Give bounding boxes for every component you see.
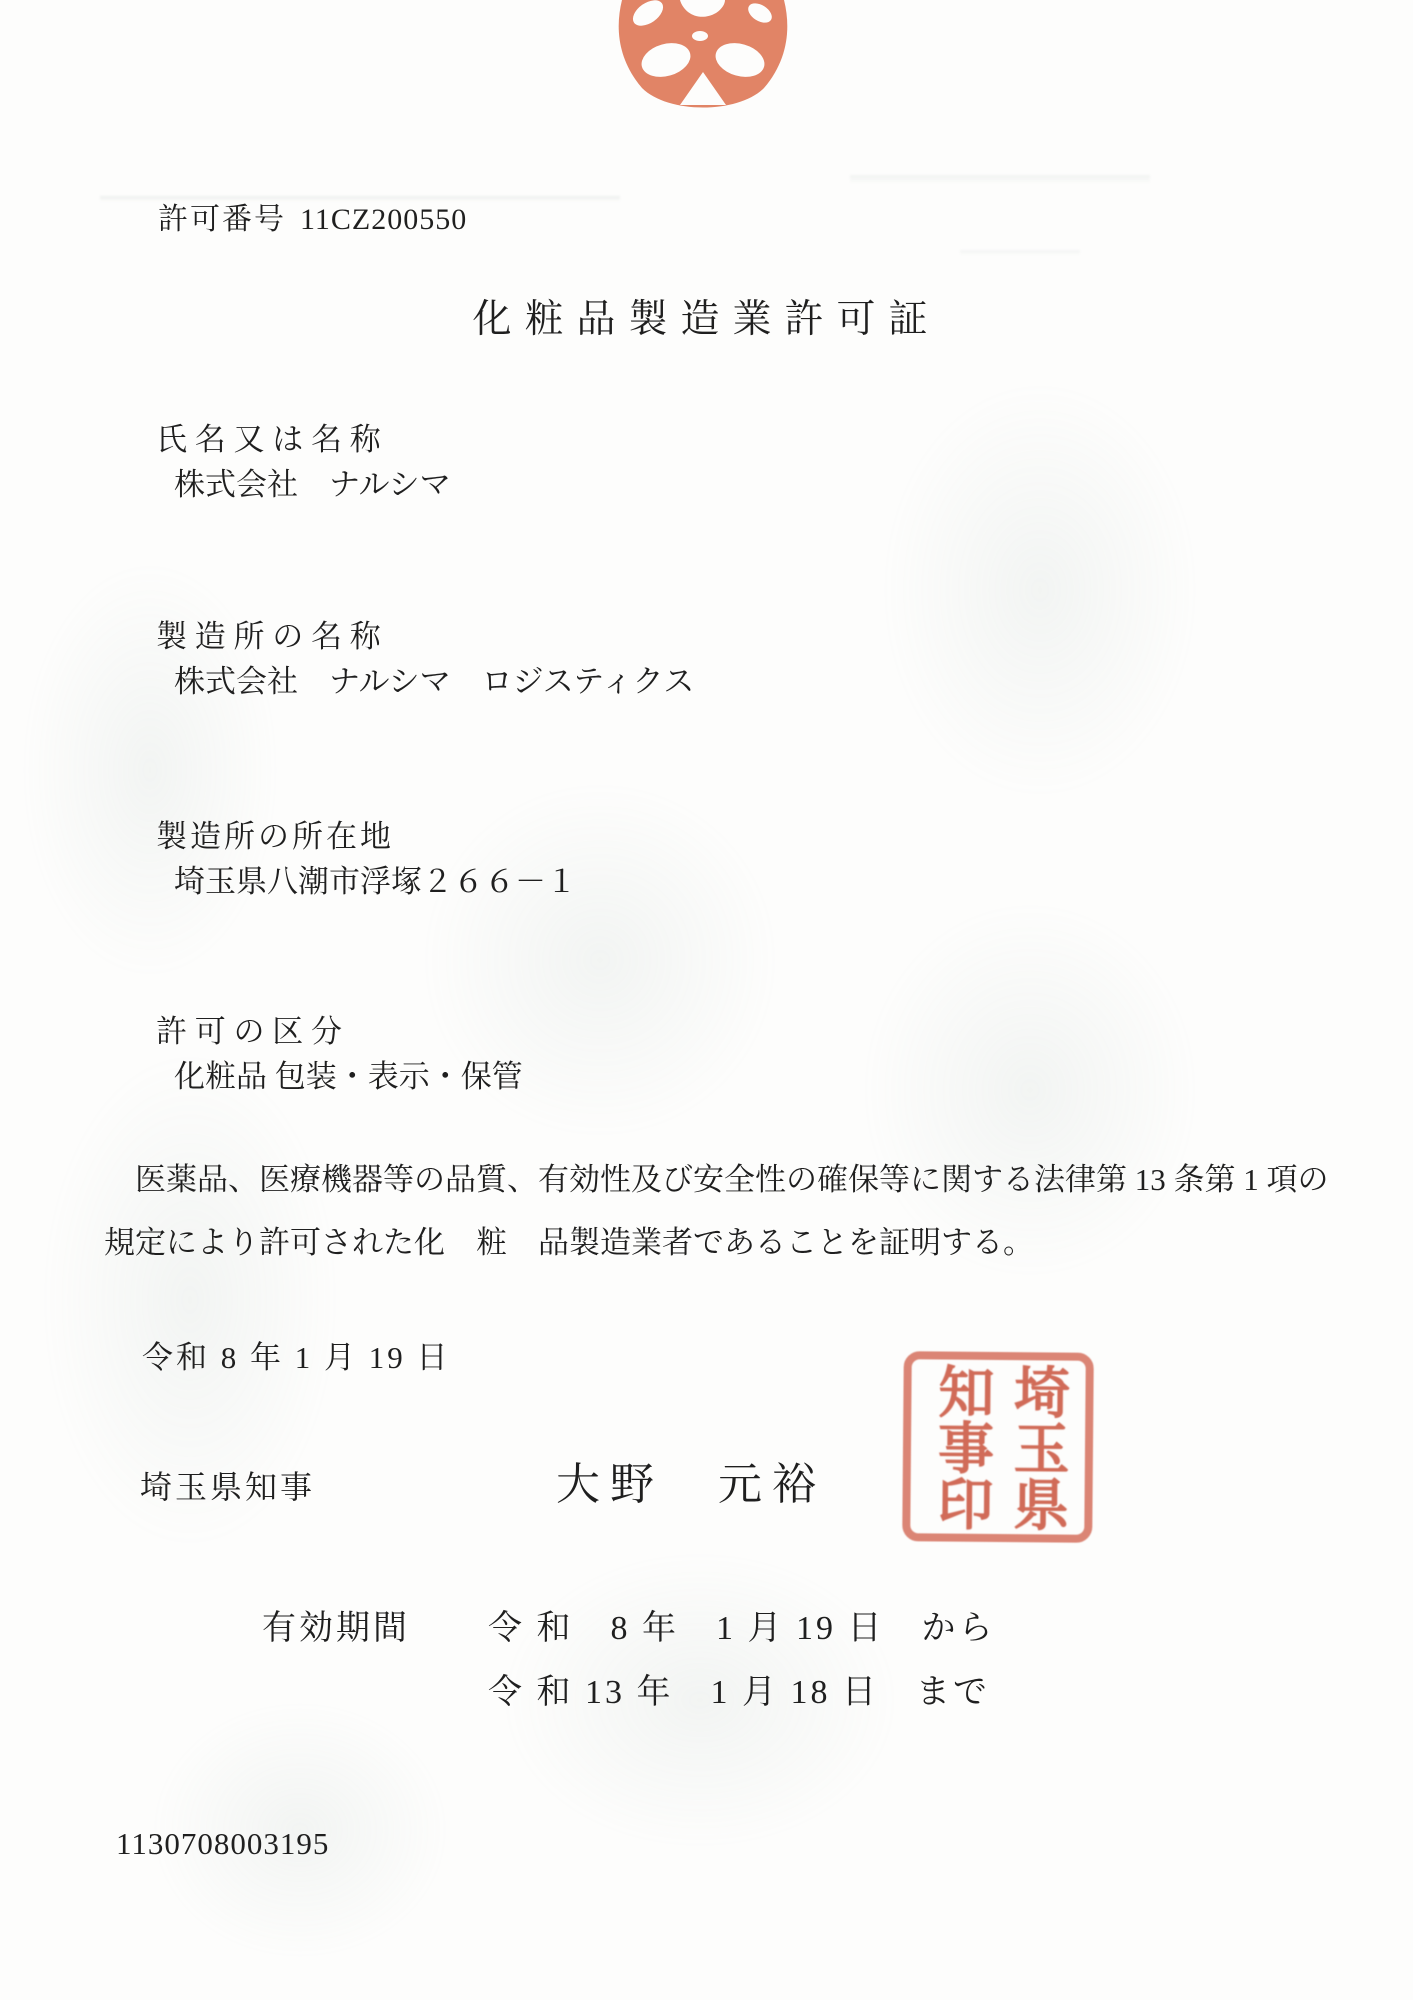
field-row-factory-name: 製 造 所 の 名 称 株式会社 ナルシマ ロジスティクス [140,593,694,719]
validity-label: 有効期間 [262,1600,410,1649]
serial-number: 1130708003195 [116,1826,329,1862]
permit-number-label: 許可番号 [158,203,286,236]
statement-line-2: 規定により許可された化 粧 品製造業者であることを証明する。 [104,1225,1034,1260]
scan-artifact [880,380,1200,800]
validity-to: 令 和 13 年 1 月 18 日 まで [488,1664,990,1713]
scan-streak [960,250,1080,255]
certification-statement: 医薬品、医療機器等の品質、有効性及び安全性の確保等に関する法律第 13 条第 1… [104,1148,1364,1274]
field-row-factory-address: 製造所の所在地 埼玉県八潮市浮塚２６６－１ [140,793,577,919]
field-row-license-category: 許 可 の 区 分 化粧品 包装・表示・保管 [140,988,523,1114]
issuer-title: 埼玉県知事 [140,1462,315,1508]
permit-number-line: 許可番号11CZ200550 [120,160,467,272]
field-label: 製 造 所 の 名 称 [156,611,456,656]
governor-seal-text: 埼玉県知事印 [922,1362,1075,1531]
validity-from: 令 和 8 年 1 月 19 日 から [488,1600,996,1649]
field-label: 製造所の所在地 [156,811,456,856]
field-value: 化粧品 包装・表示・保管 [174,1051,523,1096]
field-value: 株式会社 ナルシマ [174,459,451,504]
permit-number-value: 11CZ200550 [300,203,467,236]
governor-seal-stamp: 埼玉県知事印 [902,1351,1094,1543]
saitama-emblem-stamp [612,0,794,120]
field-label: 氏 名 又 は 名 称 [156,414,456,459]
issuer-name: 大野 元裕 [556,1448,826,1512]
scan-streak [850,175,1150,183]
field-row-name: 氏 名 又 は 名 称 株式会社 ナルシマ [140,396,456,522]
statement-line-1: 医薬品、医療機器等の品質、有効性及び安全性の確保等に関する法律第 13 条第 1… [104,1162,1329,1197]
certificate-page: 許可番号11CZ200550 化粧品製造業許可証 氏 名 又 は 名 称 株式会… [0,0,1413,2000]
field-label: 許 可 の 区 分 [156,1006,456,1051]
field-value: 埼玉県八潮市浮塚２６６－１ [174,856,577,901]
issue-date: 令和 8 年 1 月 19 日 [142,1332,451,1377]
certificate-title: 化粧品製造業許可証 [0,288,1413,344]
field-value: 株式会社 ナルシマ ロジスティクス [174,656,694,701]
